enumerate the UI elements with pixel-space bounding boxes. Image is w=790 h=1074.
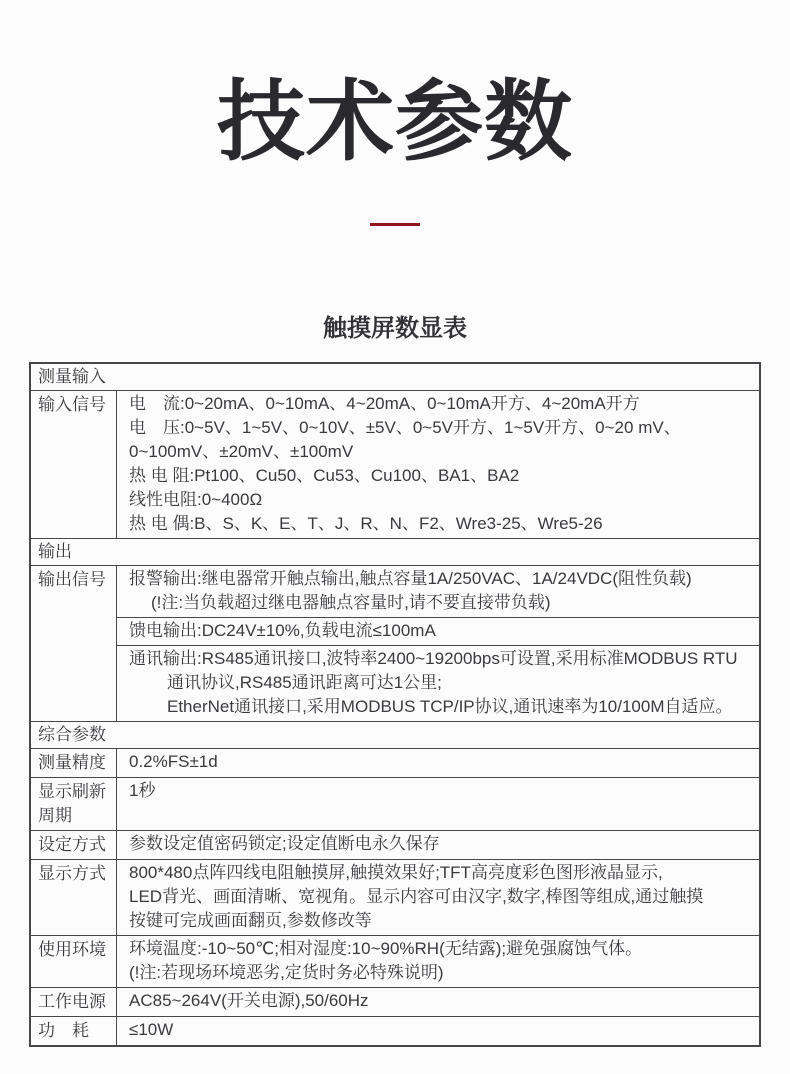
table-title: 触摸屏数显表 — [0, 308, 790, 343]
spec-row: 设定方式参数设定值密码锁定;设定值断电永久保存 — [31, 830, 759, 859]
spec-table: 测量输入输入信号电 流:0~20mA、0~10mA、4~20mA、0~10mA开… — [29, 362, 761, 1047]
document: 技术参数 触摸屏数显表 测量输入输入信号电 流:0~20mA、0~10mA、4~… — [0, 0, 790, 1047]
row-label-line: 显示刷新 — [38, 780, 113, 804]
spec-row: 输入信号电 流:0~20mA、0~10mA、4~20mA、0~10mA开方、4~… — [31, 390, 759, 538]
row-label: 输入信号 — [31, 391, 117, 538]
spec-line: LED背光、画面清晰、宽视角。显示内容可由汉字,数字,棒图等组成,通过触摸 — [129, 885, 751, 909]
spec-group: 环境温度:-10~50℃;相对湿度:10~90%RH(无结露);避免强腐蚀气体。… — [117, 936, 759, 987]
spec-group: 通讯输出:RS485通讯接口,波特率2400~19200bps可设置,采用标准M… — [117, 645, 759, 721]
spec-line: (!注:若现场环境恶劣,定货时务必特殊说明) — [129, 961, 751, 985]
spec-line: 电 压:0~5V、1~5V、0~10V、±5V、0~5V开方、1~5V开方、0~… — [129, 416, 751, 440]
row-label-line: 周期 — [38, 804, 113, 828]
spec-row: 使用环境环境温度:-10~50℃;相对湿度:10~90%RH(无结露);避免强腐… — [31, 935, 759, 987]
row-label: 测量精度 — [31, 749, 117, 777]
spec-group: 800*480点阵四线电阻触摸屏,触摸效果好;TFT高亮度彩色图形液晶显示,LE… — [117, 860, 759, 935]
row-label-line: 测量精度 — [38, 751, 113, 775]
spec-line: 通讯协议,RS485通讯距离可达1公里; — [129, 671, 751, 695]
row-label-line: 工作电源 — [38, 990, 113, 1014]
row-content: 环境温度:-10~50℃;相对湿度:10~90%RH(无结露);避免强腐蚀气体。… — [117, 936, 759, 987]
spec-row: 测量精度0.2%FS±1d — [31, 748, 759, 777]
row-content: 1秒 — [117, 778, 759, 830]
spec-line: 线性电阻:0~400Ω — [129, 488, 751, 512]
spec-group: 电 流:0~20mA、0~10mA、4~20mA、0~10mA开方、4~20mA… — [117, 391, 759, 538]
spec-row: 显示方式800*480点阵四线电阻触摸屏,触摸效果好;TFT高亮度彩色图形液晶显… — [31, 859, 759, 935]
spec-line: 热 电 阻:Pt100、Cu50、Cu53、Cu100、BA1、BA2 — [129, 464, 751, 488]
row-label-line: 功 耗 — [38, 1019, 113, 1043]
row-content: 电 流:0~20mA、0~10mA、4~20mA、0~10mA开方、4~20mA… — [117, 391, 759, 538]
row-content: 报警输出:继电器常开触点输出,触点容量1A/250VAC、1A/24VDC(阻性… — [117, 566, 759, 721]
spec-group: ≤10W — [117, 1017, 759, 1044]
row-label-line: 使用环境 — [38, 938, 113, 962]
spec-row: 显示刷新周期1秒 — [31, 777, 759, 830]
page-title: 技术参数 — [0, 0, 790, 166]
spec-line: 按键可完成画面翻页,参数修改等 — [129, 909, 751, 933]
spec-line: 环境温度:-10~50℃;相对湿度:10~90%RH(无结露);避免强腐蚀气体。 — [129, 937, 751, 961]
spec-line: 馈电输出:DC24V±10%,负载电流≤100mA — [129, 619, 751, 643]
title-divider — [370, 223, 420, 226]
spec-row: 功 耗≤10W — [31, 1016, 759, 1045]
spec-line: 电 流:0~20mA、0~10mA、4~20mA、0~10mA开方、4~20mA… — [129, 392, 751, 416]
spec-line: 800*480点阵四线电阻触摸屏,触摸效果好;TFT高亮度彩色图形液晶显示, — [129, 861, 751, 885]
row-label: 功 耗 — [31, 1017, 117, 1045]
row-label-line: 输出信号 — [38, 568, 113, 592]
spec-group: AC85~264V(开关电源),50/60Hz — [117, 988, 759, 1015]
spec-group: 参数设定值密码锁定;设定值断电永久保存 — [117, 831, 759, 858]
section-header-row: 综合参数 — [31, 721, 759, 748]
spec-row: 输出信号报警输出:继电器常开触点输出,触点容量1A/250VAC、1A/24VD… — [31, 565, 759, 721]
spec-group: 报警输出:继电器常开触点输出,触点容量1A/250VAC、1A/24VDC(阻性… — [117, 566, 759, 617]
spec-line: AC85~264V(开关电源),50/60Hz — [129, 989, 751, 1013]
row-content: ≤10W — [117, 1017, 759, 1045]
row-label: 使用环境 — [31, 936, 117, 987]
spec-line: 参数设定值密码锁定;设定值断电永久保存 — [129, 832, 751, 856]
spec-group: 1秒 — [117, 778, 759, 805]
spec-line: 热 电 偶:B、S、K、E、T、J、R、N、F2、Wre3-25、Wre5-26 — [129, 512, 751, 536]
spec-group: 馈电输出:DC24V±10%,负载电流≤100mA — [117, 617, 759, 645]
spec-line: 通讯输出:RS485通讯接口,波特率2400~19200bps可设置,采用标准M… — [129, 647, 751, 671]
row-content: 0.2%FS±1d — [117, 749, 759, 777]
row-label-line: 显示方式 — [38, 862, 113, 886]
spec-line: ≤10W — [129, 1018, 751, 1042]
spec-row: 工作电源AC85~264V(开关电源),50/60Hz — [31, 987, 759, 1016]
spec-line: EtherNet通讯接口,采用MODBUS TCP/IP协议,通讯速率为10/1… — [129, 695, 751, 719]
spec-line: 报警输出:继电器常开触点输出,触点容量1A/250VAC、1A/24VDC(阻性… — [129, 567, 751, 591]
row-label-line: 设定方式 — [38, 833, 113, 857]
row-content: 参数设定值密码锁定;设定值断电永久保存 — [117, 831, 759, 859]
section-header-row: 测量输入 — [31, 364, 759, 390]
spec-line: (!注:当负载超过继电器触点容量时,请不要直接带负载) — [129, 591, 751, 615]
spec-line: 0.2%FS±1d — [129, 750, 751, 774]
row-label: 设定方式 — [31, 831, 117, 859]
row-label: 显示刷新周期 — [31, 778, 117, 830]
spec-group: 0.2%FS±1d — [117, 749, 759, 776]
row-label: 输出信号 — [31, 566, 117, 721]
spec-line: 1秒 — [129, 779, 751, 803]
spec-line: 0~100mV、±20mV、±100mV — [129, 440, 751, 464]
row-content: AC85~264V(开关电源),50/60Hz — [117, 988, 759, 1016]
row-label-line: 输入信号 — [38, 393, 113, 417]
section-header-row: 输出 — [31, 538, 759, 565]
row-label: 显示方式 — [31, 860, 117, 935]
row-content: 800*480点阵四线电阻触摸屏,触摸效果好;TFT高亮度彩色图形液晶显示,LE… — [117, 860, 759, 935]
row-label: 工作电源 — [31, 988, 117, 1016]
